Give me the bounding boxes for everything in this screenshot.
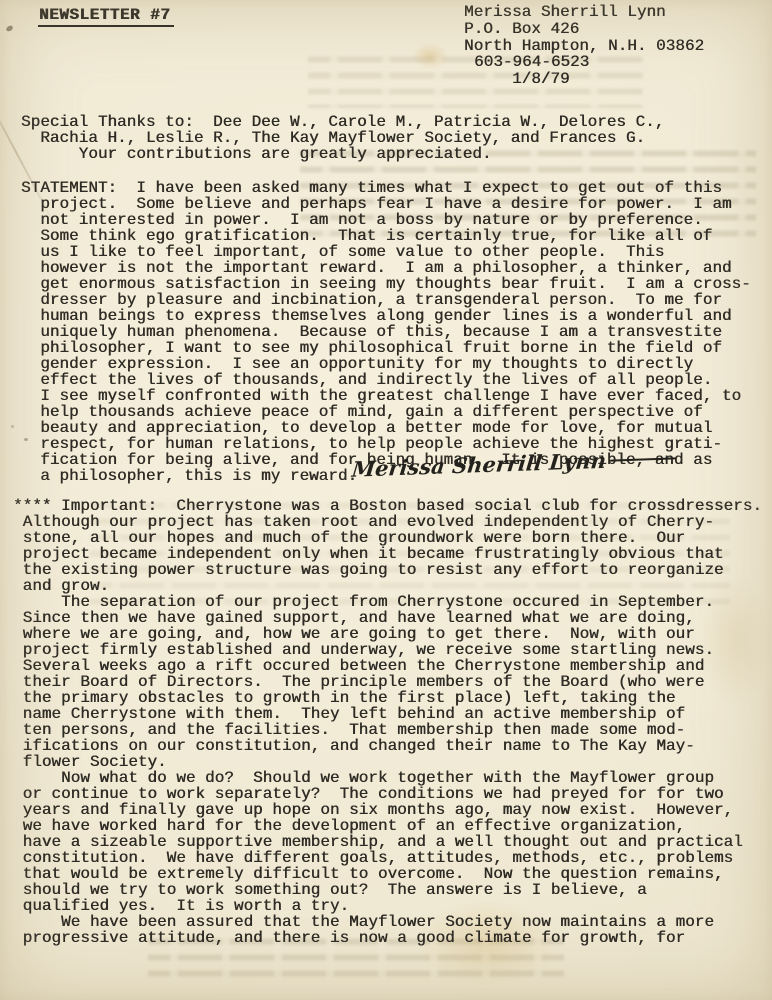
sender-name: Merissa Sherrill Lynn (464, 4, 704, 21)
newsletter-title: NEWSLETTER #7 (38, 6, 174, 27)
sender-date: 1/8/79 (512, 71, 704, 88)
special-thanks-paragraph: Special Thanks to: Dee Dee W., Carole M.… (21, 114, 664, 162)
paper-stain (406, 38, 454, 74)
sender-phone: 603-964-6523 (474, 54, 704, 71)
sender-city: North Hampton, N.H. 03862 (464, 38, 704, 55)
newsletter-page: NEWSLETTER #7 Merissa Sherrill Lynn P.O.… (0, 0, 772, 1000)
ink-mark (5, 25, 13, 32)
statement-paragraph: STATEMENT: I have been asked many times … (21, 180, 751, 484)
signature-flourish (610, 457, 676, 461)
sender-po-box: P.O. Box 426 (464, 21, 704, 38)
sender-address-block: Merissa Sherrill Lynn P.O. Box 426 North… (464, 4, 704, 88)
ink-mark (11, 425, 14, 428)
important-paragraph: **** Important: Cherrystone was a Boston… (13, 498, 762, 946)
